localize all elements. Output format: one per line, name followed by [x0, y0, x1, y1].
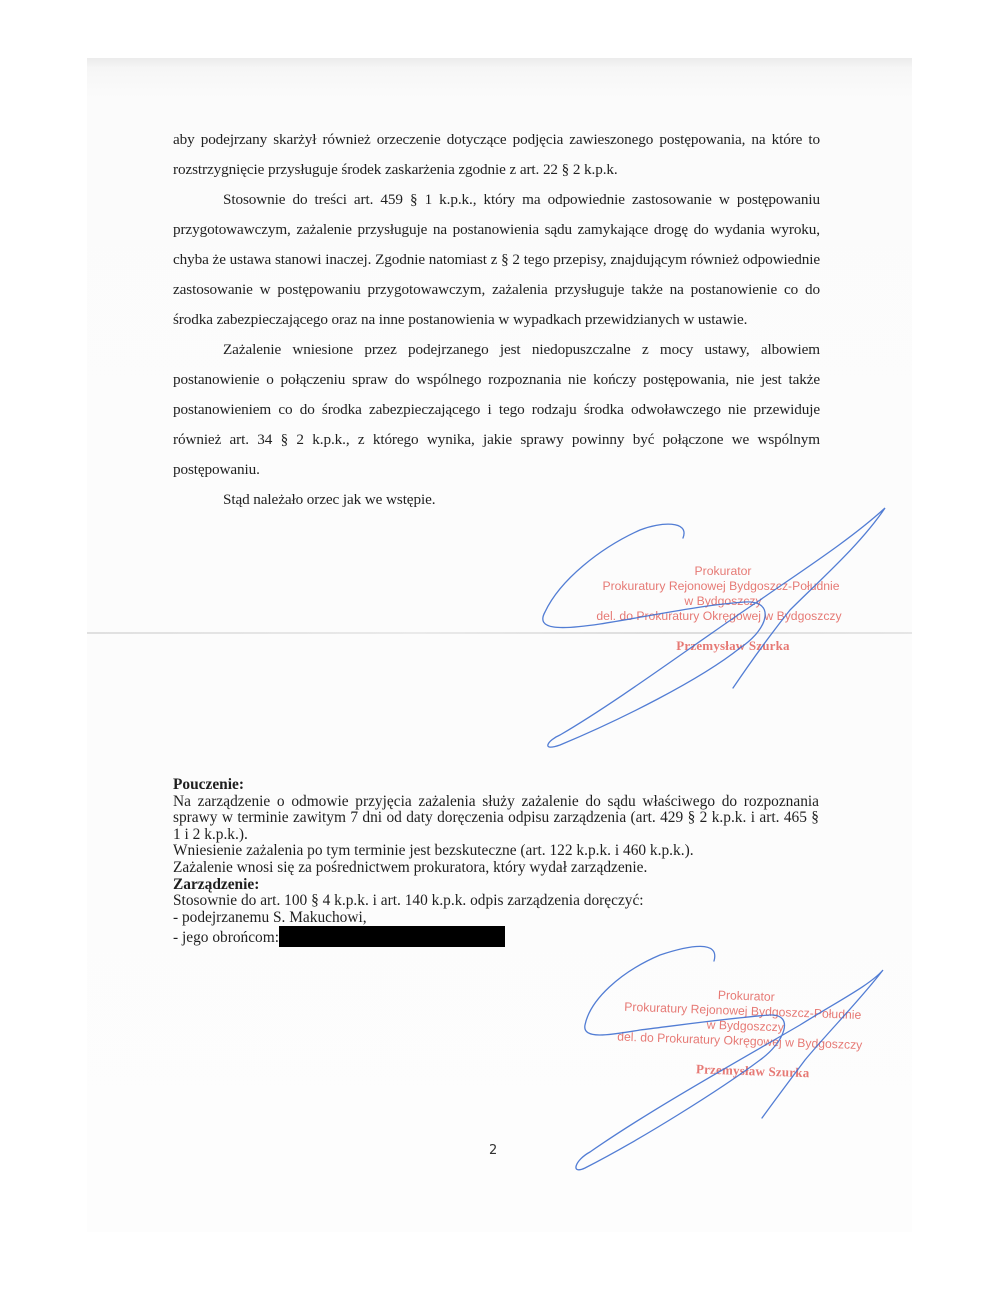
- paragraph-continuation: aby podejrzany skarżył również orzeczeni…: [173, 125, 820, 185]
- paragraph-art-459: Stosownie do treści art. 459 § 1 k.p.k.,…: [173, 185, 820, 335]
- prosecutor-stamp-1: Prokurator Prokuratury Rejonowej Bydgosz…: [598, 564, 848, 653]
- stamp-office: Prokuratury Rejonowej Bydgoszcz-Południe: [594, 579, 848, 594]
- zarzadzenie-line: Stosownie do art. 100 § 4 k.p.k. i art. …: [173, 893, 819, 910]
- defenders-label: - jego obrońcom:: [173, 929, 279, 946]
- stamp-name: Przemysław Szurka: [618, 638, 848, 653]
- prosecutor-stamp-2: Prokurator Prokuratury Rejonowej Bydgosz…: [619, 985, 872, 1083]
- pouczenie-line: Zażalenie wnosi się za pośrednictwem pro…: [173, 860, 819, 877]
- instructions-section: Pouczenie: Na zarządzenie o odmowie przy…: [173, 777, 819, 947]
- page-number: 2: [489, 1143, 497, 1158]
- pouczenie-line: Na zarządzenie o odmowie przyjęcia zażal…: [173, 794, 819, 844]
- paragraph-inadmissible: Zażalenie wniesione przez podejrzanego j…: [173, 335, 820, 485]
- stamp-city: w Bydgoszczy: [598, 594, 848, 609]
- pouczenie-line: Wniesienie zażalenia po tym terminie jes…: [173, 843, 819, 860]
- zarzadzenie-line: - podejrzanemu S. Makuchowi,: [173, 910, 819, 927]
- paragraph-conclusion: Stąd należało orzec jak we wstępie.: [173, 485, 820, 515]
- justification-section: aby podejrzany skarżył również orzeczeni…: [173, 125, 820, 515]
- redaction-box: [279, 926, 505, 947]
- zarzadzenie-heading: Zarządzenie:: [173, 877, 819, 894]
- pouczenie-heading: Pouczenie:: [173, 777, 819, 794]
- zarzadzenie-line-defenders: - jego obrońcom:: [173, 926, 819, 947]
- stamp-title: Prokurator: [598, 564, 848, 579]
- stamp-delegation: del. do Prokuratury Okręgowej w Bydgoszc…: [590, 609, 848, 624]
